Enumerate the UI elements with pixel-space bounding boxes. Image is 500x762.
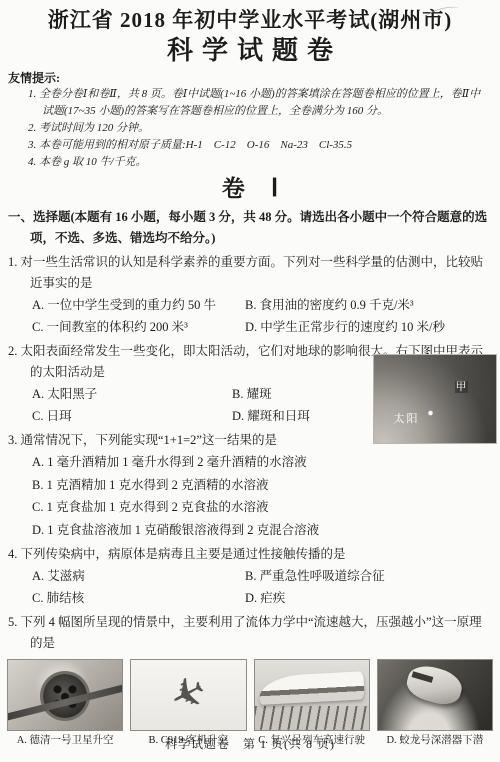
airplane-icon: ✈ xyxy=(161,664,215,724)
satellite-photo-figure: A. 德清一号卫星升空 xyxy=(7,659,123,747)
question-5-stem: 5. 下列 4 幅图所呈现的情景中，主要利用了流体力学中“流速越大，压强越小”这… xyxy=(8,612,492,654)
part-one-numeral: Ⅰ xyxy=(271,175,278,202)
notice-item-2: 2. 考试时间为 120 分钟。 xyxy=(28,120,490,137)
airplane-photo: ✈ xyxy=(130,659,246,731)
train-photo-figure: C. 复兴号列车高速行驶 xyxy=(254,659,370,747)
question-1: 1. 对一些生活常识的认知是科学素养的重要方面。下列对一些科学量的估测中，比较贴… xyxy=(0,252,500,338)
sun-photo-label-taiyang: 太阳 xyxy=(394,413,420,425)
satellite-photo xyxy=(7,659,123,731)
question-4-option-a: A. 艾滋病 xyxy=(32,565,245,587)
question-4-option-c: C. 肺结核 xyxy=(32,587,245,609)
airplane-photo-figure: ✈ B. C919 客机升空 xyxy=(130,659,246,747)
sun-photo: 甲 太阳 xyxy=(373,354,497,444)
question-4-option-d: D. 疟疾 xyxy=(245,587,500,609)
page-footer: 科学试题卷 第 1 页(共 8 页) xyxy=(0,735,500,752)
question-1-option-d: D. 中学生正常步行的速度约 10 米/秒 xyxy=(245,316,500,338)
notice-section: 友情提示: 1. 全卷分卷Ⅰ和卷Ⅱ，共 8 页。卷Ⅰ中试题(1~16 小题)的答… xyxy=(8,70,490,171)
question-3-option-a: A. 1 毫升酒精加 1 毫升水得到 2 毫升酒精的水溶液 xyxy=(32,451,500,474)
notice-item-1: 1. 全卷分卷Ⅰ和卷Ⅱ，共 8 页。卷Ⅰ中试题(1~16 小题)的答案填涂在答题… xyxy=(28,86,490,120)
question-1-option-a: A. 一位中学生受到的重力约 50 牛 xyxy=(32,294,245,316)
question-3-option-c: C. 1 克食盐加 1 克水得到 2 克食盐的水溶液 xyxy=(32,496,500,519)
part-one-label: 卷 xyxy=(222,176,245,201)
question-3-options: A. 1 毫升酒精加 1 毫升水得到 2 毫升酒精的水溶液 B. 1 克酒精加 … xyxy=(32,451,500,541)
question-4-stem: 4. 下列传染病中，病原体是病毒且主要是通过性接触传播的是 xyxy=(8,544,492,565)
page-subtitle: 科学试题卷 xyxy=(0,34,500,67)
question-4-option-b: B. 严重急性呼吸道综合征 xyxy=(245,565,500,587)
train-photo xyxy=(254,659,370,731)
question-5-figures: A. 德清一号卫星升空 ✈ B. C919 客机升空 C. 复兴号列车高速行驶 … xyxy=(7,659,493,747)
submersible-photo xyxy=(377,659,493,731)
section-one-intro: 一、选择题(本题有 16 小题，每小题 3 分，共 48 分。请选出各小题中一个… xyxy=(8,207,492,249)
question-2-option-d: D. 耀斑和日珥 xyxy=(232,405,372,427)
question-4-options: A. 艾滋病 B. 严重急性呼吸道综合征 C. 肺结核 D. 疟疾 xyxy=(32,565,500,609)
submersible-photo-figure: D. 蛟龙号深潜器下潜 xyxy=(377,659,493,747)
question-1-stem: 1. 对一些生活常识的认知是科学素养的重要方面。下列对一些科学量的估测中，比较贴… xyxy=(8,252,492,294)
question-4: 4. 下列传染病中，病原体是病毒且主要是通过性接触传播的是 A. 艾滋病 B. … xyxy=(0,544,500,609)
exam-paper-page: 浙江省 2018 年初中学业水平考试(湖州市) 科学试题卷 友情提示: 1. 全… xyxy=(0,0,500,762)
question-3-option-d: D. 1 克食盐溶液加 1 克硝酸银溶液得到 2 克混合溶液 xyxy=(32,519,500,542)
question-2-option-c: C. 日珥 xyxy=(32,405,232,427)
notice-heading: 友情提示: xyxy=(8,70,490,86)
question-2-option-a: A. 太阳黑子 xyxy=(32,383,232,405)
question-1-option-c: C. 一间教室的体积约 200 米³ xyxy=(32,316,245,338)
question-2-option-b: B. 耀斑 xyxy=(232,383,372,405)
question-3: 3. 通常情况下，下列能实现“1+1=2”这一结果的是 A. 1 毫升酒精加 1… xyxy=(0,430,500,541)
sun-photo-label-jia: 甲 xyxy=(455,381,468,393)
question-1-options: A. 一位中学生受到的重力约 50 牛 B. 食用油的密度约 0.9 千克/米³… xyxy=(32,294,500,338)
question-5: 5. 下列 4 幅图所呈现的情景中，主要利用了流体力学中“流速越大，压强越小”这… xyxy=(0,612,500,747)
question-2: 2. 太阳表面经常发生一些变化，即太阳活动，它们对地球的影响很大。右下图中甲表示… xyxy=(0,341,500,427)
page-title: 浙江省 2018 年初中学业水平考试(湖州市) xyxy=(0,0,500,34)
question-2-options: A. 太阳黑子 B. 耀斑 C. 日珥 D. 耀斑和日珥 xyxy=(32,383,372,427)
notice-item-4: 4. 本卷 g 取 10 牛/千克。 xyxy=(28,154,490,171)
notice-item-3: 3. 本卷可能用到的相对原子质量:H-1 C-12 O-16 Na-23 Cl-… xyxy=(28,137,490,154)
question-1-option-b: B. 食用油的密度约 0.9 千克/米³ xyxy=(245,294,500,316)
question-3-option-b: B. 1 克酒精加 1 克水得到 2 克酒精的水溶液 xyxy=(32,474,500,497)
part-one-heading: 卷Ⅰ xyxy=(0,174,500,207)
